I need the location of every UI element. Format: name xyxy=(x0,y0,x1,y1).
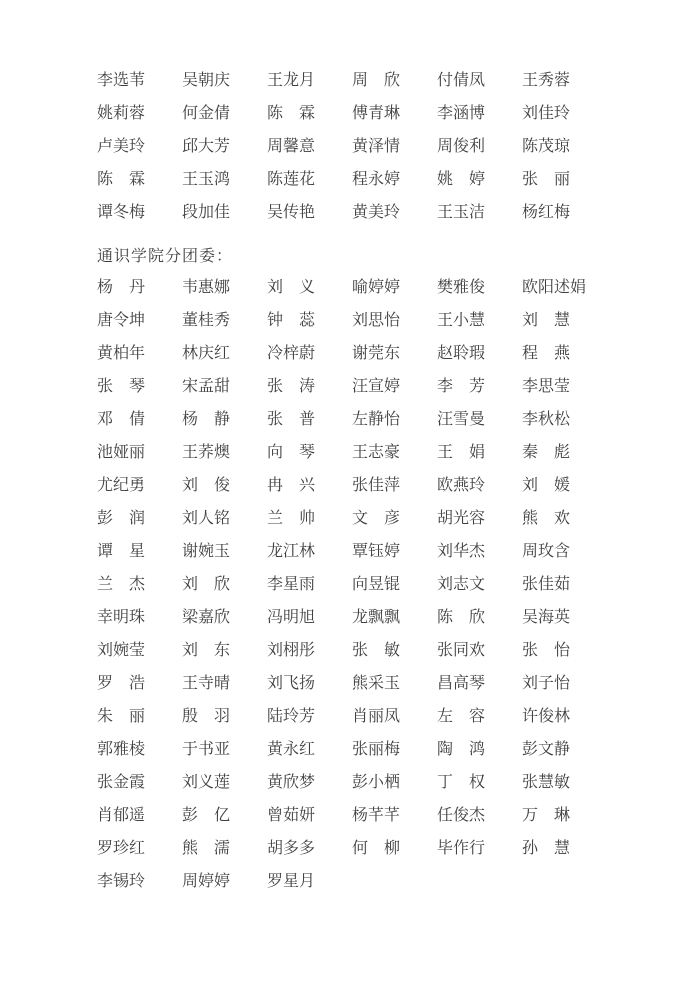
name-cell: 杨红梅 xyxy=(522,205,570,221)
name-char: 杰 xyxy=(129,577,145,593)
name-char: 惠 xyxy=(198,280,214,296)
name-slot: 吴朝庆 xyxy=(182,73,267,89)
name-slot: 杨静 xyxy=(182,412,267,428)
name-char: 孙 xyxy=(522,841,538,857)
name-char: 陈 xyxy=(97,172,113,188)
name-row: 幸明珠梁嘉欣冯明旭龙飘飘陈欣吴海英 xyxy=(97,601,700,634)
name-slot: 胡多多 xyxy=(267,841,352,857)
name-slot: 谢莞东 xyxy=(352,346,437,362)
name-slot: 刘华杰 xyxy=(437,544,522,560)
name-cell: 许俊林 xyxy=(522,709,570,725)
name-cell: 万琳 xyxy=(522,808,570,824)
name-slot: 王寺晴 xyxy=(182,676,267,692)
name-slot: 刘俊 xyxy=(182,478,267,494)
name-char: 胡 xyxy=(437,511,453,527)
name-cell: 兰杰 xyxy=(97,577,145,593)
name-char: 金 xyxy=(198,106,214,122)
name-char: 杰 xyxy=(469,808,485,824)
name-row: 李锡玲周婷婷罗星月 xyxy=(97,865,700,898)
name-char: 陈 xyxy=(267,106,283,122)
name-char: 红 xyxy=(299,742,315,758)
name-char: 刘 xyxy=(522,313,538,329)
name-char: 玲 xyxy=(129,874,145,890)
name-cell: 欧燕玲 xyxy=(437,478,485,494)
name-char: 高 xyxy=(453,676,469,692)
name-row: 陈霖王玉鸿陈莲花程永婷姚婷张丽 xyxy=(97,163,700,196)
name-char: 美 xyxy=(113,139,129,155)
name-slot: 王玉洁 xyxy=(437,205,522,221)
name-char: 燠 xyxy=(214,445,230,461)
name-char: 琴 xyxy=(299,445,315,461)
name-char: 杨 xyxy=(352,808,368,824)
name-char: 鸿 xyxy=(214,172,230,188)
name-char: 棱 xyxy=(129,742,145,758)
name-char: 俊 xyxy=(453,139,469,155)
name-slot: 陈霖 xyxy=(97,172,182,188)
name-char: 向 xyxy=(267,445,283,461)
name-slot: 韦惠娜 xyxy=(182,280,267,296)
name-cell: 尤纪勇 xyxy=(97,478,145,494)
name-slot: 周欣 xyxy=(352,73,437,89)
name-slot: 向昱锟 xyxy=(352,577,437,593)
name-char: 陈 xyxy=(522,139,538,155)
name-char: 容 xyxy=(469,511,485,527)
name-char: 庆 xyxy=(198,346,214,362)
name-cell: 付倩凤 xyxy=(437,73,485,89)
name-slot: 张丽 xyxy=(522,172,607,188)
name-char: 婷 xyxy=(198,874,214,890)
name-char: 王 xyxy=(182,676,198,692)
name-slot: 何柳 xyxy=(352,841,437,857)
name-row: 朱丽殷羽陆玲芳肖丽凤左容许俊林 xyxy=(97,700,700,733)
name-cell: 陈欣 xyxy=(437,610,485,626)
name-char: 段 xyxy=(182,205,198,221)
name-char: 松 xyxy=(554,412,570,428)
name-slot: 刘婉莹 xyxy=(97,643,182,659)
name-slot: 熊濡 xyxy=(182,841,267,857)
name-slot: 李秋松 xyxy=(522,412,607,428)
name-cell: 左静怡 xyxy=(352,412,400,428)
name-char: 倩 xyxy=(129,412,145,428)
name-cell: 刘佳玲 xyxy=(522,106,570,122)
name-cell: 刘义 xyxy=(267,280,315,296)
name-char: 柏 xyxy=(113,346,129,362)
name-slot: 罗浩 xyxy=(97,676,182,692)
name-char: 娜 xyxy=(214,280,230,296)
name-char: 明 xyxy=(283,610,299,626)
name-char: 杨 xyxy=(97,280,113,296)
name-slot: 彭文静 xyxy=(522,742,607,758)
name-char: 欣 xyxy=(283,775,299,791)
name-char: 王 xyxy=(437,205,453,221)
name-char: 李 xyxy=(437,379,453,395)
name-slot: 张丽梅 xyxy=(352,742,437,758)
name-char: 谭 xyxy=(97,544,113,560)
name-char: 义 xyxy=(299,280,315,296)
name-slot: 王龙月 xyxy=(267,73,352,89)
name-cell: 龙江林 xyxy=(267,544,315,560)
name-cell: 傅青琳 xyxy=(352,106,400,122)
name-char: 欣 xyxy=(214,577,230,593)
name-row: 罗珍红熊濡胡多多何柳毕作行孙慧 xyxy=(97,832,700,865)
name-char: 秋 xyxy=(538,412,554,428)
name-cell: 罗星月 xyxy=(267,874,315,890)
name-cell: 熊欢 xyxy=(522,511,570,527)
name-char: 张 xyxy=(522,172,538,188)
name-char: 姚 xyxy=(437,172,453,188)
name-char: 王 xyxy=(182,172,198,188)
name-char: 聆 xyxy=(453,346,469,362)
name-grid: 李选苇吴朝庆王龙月周欣付倩凤王秀蓉姚莉蓉何金倩陈霖傅青琳李涵博刘佳玲卢美玲邱大芳… xyxy=(0,0,700,898)
name-slot: 樊雅俊 xyxy=(437,280,522,296)
name-char: 李 xyxy=(97,874,113,890)
name-row: 李选苇吴朝庆王龙月周欣付倩凤王秀蓉 xyxy=(97,64,700,97)
name-char: 雨 xyxy=(299,577,315,593)
name-cell: 张怡 xyxy=(522,643,570,659)
name-cell: 杨静 xyxy=(182,412,230,428)
name-char: 婉 xyxy=(113,643,129,659)
name-char: 慧 xyxy=(538,775,554,791)
name-char: 李 xyxy=(267,577,283,593)
name-slot: 刘志文 xyxy=(437,577,522,593)
name-slot: 刘欣 xyxy=(182,577,267,593)
name-char: 芊 xyxy=(368,808,384,824)
name-char: 江 xyxy=(283,544,299,560)
name-slot: 张金霞 xyxy=(97,775,182,791)
name-slot: 杨红梅 xyxy=(522,205,607,221)
section-header-text: 通识学院分团委： xyxy=(97,243,233,266)
name-char: 昌 xyxy=(437,676,453,692)
name-char: 倩 xyxy=(453,73,469,89)
name-cell: 向昱锟 xyxy=(352,577,400,593)
name-cell: 谭星 xyxy=(97,544,145,560)
name-row: 张琴宋孟甜张涛汪宣婷李芳李思莹 xyxy=(97,370,700,403)
name-char: 肖 xyxy=(352,709,368,725)
name-slot: 文彦 xyxy=(352,511,437,527)
name-cell: 杨芊芊 xyxy=(352,808,400,824)
name-char: 铭 xyxy=(214,511,230,527)
name-char: 慧 xyxy=(554,841,570,857)
name-cell: 邱大芳 xyxy=(182,139,230,155)
name-slot: 谭冬梅 xyxy=(97,205,182,221)
name-char: 东 xyxy=(384,346,400,362)
name-slot: 张慧敏 xyxy=(522,775,607,791)
name-char: 茂 xyxy=(538,139,554,155)
name-char: 玲 xyxy=(469,478,485,494)
name-cell: 邓倩 xyxy=(97,412,145,428)
name-cell: 任俊杰 xyxy=(437,808,485,824)
name-char: 熊 xyxy=(522,511,538,527)
name-char: 龙 xyxy=(267,544,283,560)
name-slot: 熊采玉 xyxy=(352,676,437,692)
name-char: 芳 xyxy=(469,379,485,395)
name-char: 韦 xyxy=(182,280,198,296)
name-char: 珠 xyxy=(129,610,145,626)
name-char: 宣 xyxy=(368,379,384,395)
name-char: 利 xyxy=(469,139,485,155)
name-cell: 肖郁遥 xyxy=(97,808,145,824)
name-slot: 陆玲芳 xyxy=(267,709,352,725)
name-cell: 刘俊 xyxy=(182,478,230,494)
name-char: 泽 xyxy=(368,139,384,155)
name-cell: 张琴 xyxy=(97,379,145,395)
name-cell: 韦惠娜 xyxy=(182,280,230,296)
name-char: 左 xyxy=(352,412,368,428)
name-char: 刘 xyxy=(522,478,538,494)
name-char: 刘 xyxy=(267,643,283,659)
name-char: 何 xyxy=(352,841,368,857)
name-cell: 冉兴 xyxy=(267,478,315,494)
name-char: 涛 xyxy=(299,379,315,395)
name-row: 唐令坤董桂秀钟蕊刘思怡王小慧刘慧 xyxy=(97,304,700,337)
name-slot: 毕作行 xyxy=(437,841,522,857)
name-cell: 汪宣婷 xyxy=(352,379,400,395)
name-char: 明 xyxy=(113,610,129,626)
name-cell: 吴传艳 xyxy=(267,205,315,221)
name-char: 文 xyxy=(469,577,485,593)
name-char: 黄 xyxy=(267,742,283,758)
name-slot: 姚莉蓉 xyxy=(97,106,182,122)
name-slot: 李星雨 xyxy=(267,577,352,593)
name-cell: 周玫含 xyxy=(522,544,570,560)
name-slot: 张怡 xyxy=(522,643,607,659)
name-char: 姚 xyxy=(97,106,113,122)
name-char: 李 xyxy=(437,106,453,122)
name-char: 黄 xyxy=(97,346,113,362)
name-char: 付 xyxy=(437,73,453,89)
name-char: 遥 xyxy=(129,808,145,824)
name-char: 鸿 xyxy=(469,742,485,758)
name-char: 王 xyxy=(437,445,453,461)
name-char: 秀 xyxy=(538,73,554,89)
name-char: 林 xyxy=(182,346,198,362)
name-cell: 刘飞扬 xyxy=(267,676,315,692)
name-char: 丽 xyxy=(129,445,145,461)
name-slot: 刘人铭 xyxy=(182,511,267,527)
name-char: 刘 xyxy=(267,676,283,692)
name-cell: 王娟 xyxy=(437,445,485,461)
name-char: 思 xyxy=(368,313,384,329)
name-char: 静 xyxy=(554,742,570,758)
name-row: 黄柏年林庆红冷梓蔚谢莞东赵聆瑕程燕 xyxy=(97,337,700,370)
name-row: 张金霞刘义莲黄欣梦彭小栖丁权张慧敏 xyxy=(97,766,700,799)
name-cell: 张普 xyxy=(267,412,315,428)
name-cell: 周欣 xyxy=(352,73,400,89)
name-slot: 卢美玲 xyxy=(97,139,182,155)
name-char: 左 xyxy=(437,709,453,725)
name-cell: 张同欢 xyxy=(437,643,485,659)
name-char: 丽 xyxy=(129,709,145,725)
name-char: 霖 xyxy=(299,106,315,122)
name-cell: 殷羽 xyxy=(182,709,230,725)
name-cell: 冷梓蔚 xyxy=(267,346,315,362)
name-char: 芳 xyxy=(214,139,230,155)
name-char: 曼 xyxy=(469,412,485,428)
name-cell: 陈霖 xyxy=(267,106,315,122)
name-char: 婷 xyxy=(384,544,400,560)
name-char: 萍 xyxy=(384,478,400,494)
name-char: 婷 xyxy=(368,280,384,296)
name-char: 豪 xyxy=(384,445,400,461)
name-slot: 汪雪曼 xyxy=(437,412,522,428)
name-char: 佳 xyxy=(214,205,230,221)
name-cell: 黄美玲 xyxy=(352,205,400,221)
name-slot: 池娅丽 xyxy=(97,445,182,461)
name-cell: 何金倩 xyxy=(182,106,230,122)
name-char: 程 xyxy=(352,172,368,188)
name-char: 濡 xyxy=(214,841,230,857)
name-cell: 王龙月 xyxy=(267,73,315,89)
name-char: 俊 xyxy=(469,280,485,296)
name-char: 莹 xyxy=(129,643,145,659)
name-slot: 周馨意 xyxy=(267,139,352,155)
name-char: 刘 xyxy=(522,106,538,122)
name-cell: 王秀蓉 xyxy=(522,73,570,89)
name-cell: 唐令坤 xyxy=(97,313,145,329)
name-row: 彭润刘人铭兰帅文彦胡光容熊欢 xyxy=(97,502,700,535)
name-cell: 黄柏年 xyxy=(97,346,145,362)
name-char: 琴 xyxy=(469,676,485,692)
name-slot: 王荞燠 xyxy=(182,445,267,461)
name-cell: 陶鸿 xyxy=(437,742,485,758)
name-char: 婷 xyxy=(384,172,400,188)
name-slot: 郭雅棱 xyxy=(97,742,182,758)
name-char: 喻 xyxy=(352,280,368,296)
name-slot: 付倩凤 xyxy=(437,73,522,89)
name-char: 莞 xyxy=(368,346,384,362)
name-char: 雅 xyxy=(113,742,129,758)
name-char: 张 xyxy=(352,478,368,494)
name-row: 卢美玲邱大芳周馨意黄泽情周俊利陈茂琼 xyxy=(97,130,700,163)
name-char: 陶 xyxy=(437,742,453,758)
name-char: 张 xyxy=(522,577,538,593)
name-char: 周 xyxy=(352,73,368,89)
name-char: 朱 xyxy=(97,709,113,725)
name-cell: 张丽梅 xyxy=(352,742,400,758)
name-slot: 何金倩 xyxy=(182,106,267,122)
name-slot: 张佳茹 xyxy=(522,577,607,593)
name-char: 芳 xyxy=(299,709,315,725)
name-char: 郁 xyxy=(113,808,129,824)
name-char: 毕 xyxy=(437,841,453,857)
name-slot: 李涵博 xyxy=(437,106,522,122)
name-cell: 熊濡 xyxy=(182,841,230,857)
name-char: 小 xyxy=(453,313,469,329)
name-slot: 冯明旭 xyxy=(267,610,352,626)
name-char: 蓉 xyxy=(129,106,145,122)
name-cell: 彭小栖 xyxy=(352,775,400,791)
name-char: 陈 xyxy=(267,172,283,188)
name-char: 琼 xyxy=(554,139,570,155)
name-char: 何 xyxy=(182,106,198,122)
name-char: 静 xyxy=(214,412,230,428)
name-char: 蓉 xyxy=(554,73,570,89)
name-char: 梅 xyxy=(554,205,570,221)
name-cell: 张慧敏 xyxy=(522,775,570,791)
name-char: 玉 xyxy=(384,676,400,692)
name-slot: 冷梓蔚 xyxy=(267,346,352,362)
name-slot: 梁嘉欣 xyxy=(182,610,267,626)
name-char: 彪 xyxy=(554,445,570,461)
name-slot: 幸明珠 xyxy=(97,610,182,626)
name-char: 丁 xyxy=(437,775,453,791)
name-char: 蕊 xyxy=(299,313,315,329)
name-char: 娟 xyxy=(570,280,586,296)
name-char: 欢 xyxy=(469,643,485,659)
name-cell: 何柳 xyxy=(352,841,400,857)
name-char: 俊 xyxy=(214,478,230,494)
name-char: 丽 xyxy=(368,742,384,758)
name-char: 栖 xyxy=(384,775,400,791)
name-cell: 张金霞 xyxy=(97,775,145,791)
name-cell: 陈茂琼 xyxy=(522,139,570,155)
name-char: 娟 xyxy=(469,445,485,461)
name-cell: 熊采玉 xyxy=(352,676,400,692)
name-slot: 王小慧 xyxy=(437,313,522,329)
name-char: 书 xyxy=(198,742,214,758)
name-char: 昱 xyxy=(368,577,384,593)
name-slot: 谢婉玉 xyxy=(182,544,267,560)
name-char: 彦 xyxy=(384,511,400,527)
name-char: 慧 xyxy=(469,313,485,329)
name-slot: 许俊林 xyxy=(522,709,607,725)
name-char: 权 xyxy=(469,775,485,791)
name-cell: 昌高琴 xyxy=(437,676,485,692)
name-char: 莉 xyxy=(113,106,129,122)
name-char: 梅 xyxy=(129,205,145,221)
name-slot: 刘飞扬 xyxy=(267,676,352,692)
name-slot: 陈莲花 xyxy=(267,172,352,188)
name-slot: 肖郁遥 xyxy=(97,808,182,824)
name-char: 坤 xyxy=(129,313,145,329)
name-char: 容 xyxy=(469,709,485,725)
name-cell: 于书亚 xyxy=(182,742,230,758)
name-slot: 王秀蓉 xyxy=(522,73,607,89)
name-char: 彭 xyxy=(97,511,113,527)
name-cell: 李星雨 xyxy=(267,577,315,593)
name-slot: 左容 xyxy=(437,709,522,725)
name-cell: 向琴 xyxy=(267,445,315,461)
name-char: 莹 xyxy=(554,379,570,395)
name-slot: 刘媛 xyxy=(522,478,607,494)
name-cell: 周馨意 xyxy=(267,139,315,155)
name-cell: 李锡玲 xyxy=(97,874,145,890)
name-char: 婷 xyxy=(384,379,400,395)
name-char: 谢 xyxy=(182,544,198,560)
name-char: 娅 xyxy=(113,445,129,461)
name-cell: 谢婉玉 xyxy=(182,544,230,560)
name-char: 冯 xyxy=(267,610,283,626)
name-char: 熊 xyxy=(352,676,368,692)
name-char: 刘 xyxy=(182,511,198,527)
name-char: 刘 xyxy=(437,577,453,593)
name-char: 英 xyxy=(554,610,570,626)
name-char: 欣 xyxy=(469,610,485,626)
name-cell: 梁嘉欣 xyxy=(182,610,230,626)
name-cell: 覃钰婷 xyxy=(352,544,400,560)
name-slot: 罗星月 xyxy=(267,874,352,890)
name-char: 彭 xyxy=(182,808,198,824)
name-char: 黄 xyxy=(352,139,368,155)
name-char: 飘 xyxy=(384,610,400,626)
name-row: 邓倩杨静张普左静怡汪雪曼李秋松 xyxy=(97,403,700,436)
name-char: 红 xyxy=(538,205,554,221)
name-char: 秀 xyxy=(214,313,230,329)
name-char: 梅 xyxy=(384,742,400,758)
name-char: 玫 xyxy=(538,544,554,560)
name-cell: 吴朝庆 xyxy=(182,73,230,89)
name-char: 阳 xyxy=(538,280,554,296)
